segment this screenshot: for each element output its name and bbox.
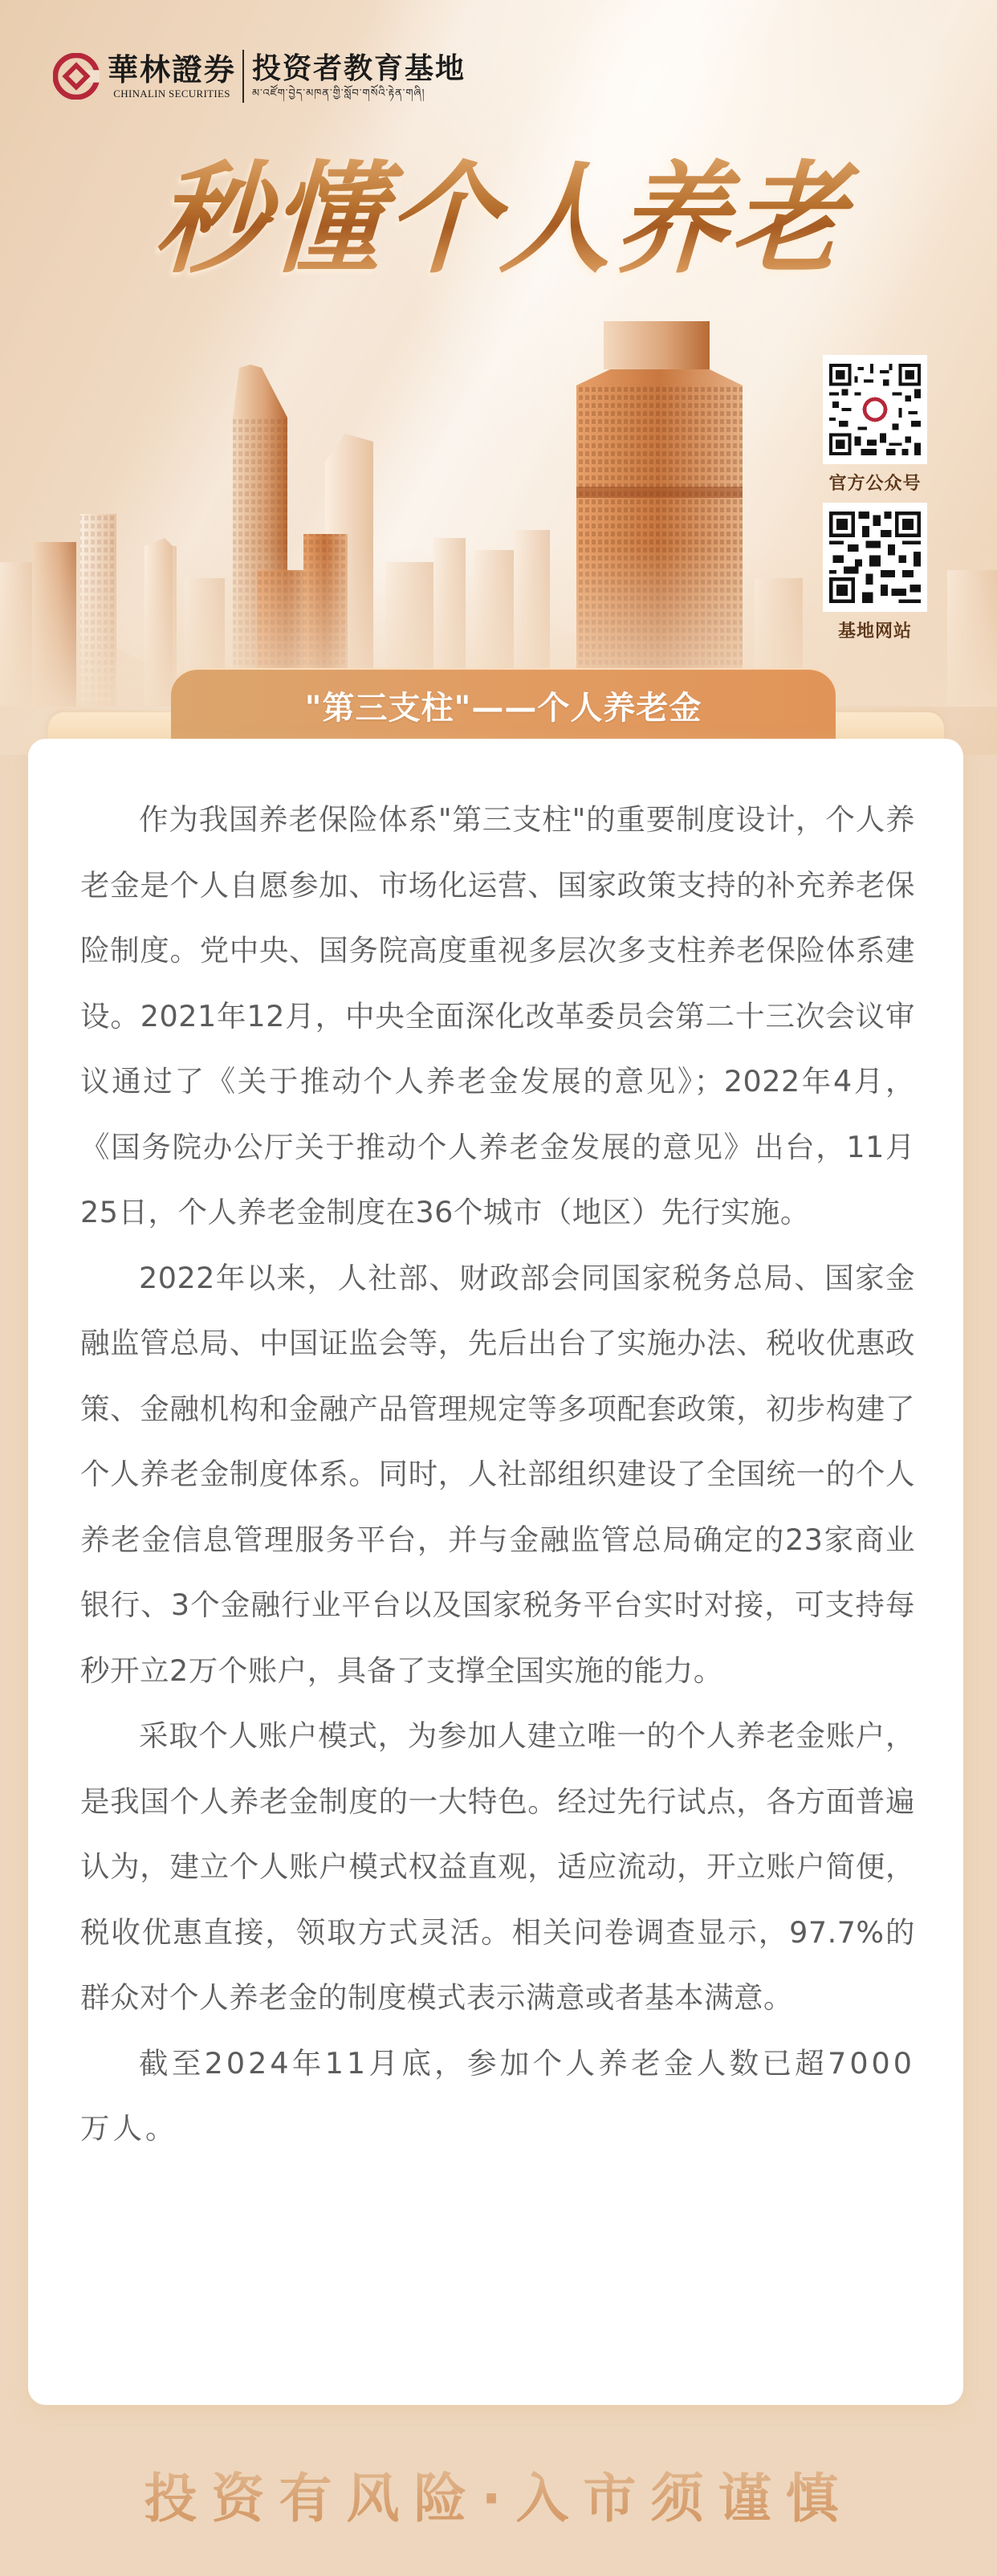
qr-code-column: 官方公众号 基地网站 (823, 355, 927, 650)
section-header: "第三支柱"——个人养老金 (171, 668, 836, 740)
risk-warning-slogan: 投资有风险·入市须谨慎 (0, 2461, 997, 2525)
content-card: 作为我国养老保险体系"第三支柱"的重要制度设计，个人养老金是个人自愿参加、市场化… (28, 739, 963, 2405)
logo-divider (242, 50, 244, 103)
qr-label-website: 基地网站 (823, 620, 927, 644)
section-title: "第三支柱"——个人养老金 (305, 683, 702, 728)
paragraph-account-model: 采取个人账户模式，为参加人建立唯一的个人养老金账户，是我国个人养老金制度的一大特… (80, 1703, 915, 2031)
brand-name-cn: 華林證券 (108, 52, 236, 88)
qr-code-icon (829, 511, 921, 604)
education-base-cn: 投资者教育基地 (252, 51, 466, 87)
education-base-title: 投资者教育基地 མ་འཛོག་བྱེད་མཁན་གྱི་སློབ་གསོའི་ར… (252, 51, 466, 101)
qr-code-official-account[interactable] (823, 355, 927, 464)
main-title: 秒懂个人养老 (110, 156, 893, 284)
qr-code-icon (829, 363, 921, 456)
brand-name: 華林證券 CHINALIN SECURITIES (108, 52, 236, 100)
paragraph-intro: 作为我国养老保险体系"第三支柱"的重要制度设计，个人养老金是个人自愿参加、市场化… (80, 787, 915, 1245)
education-base-tibetan: མ་འཛོག་བྱེད་མཁན་གྱི་སློབ་གསོའི་རྟེན་གཞི། (252, 87, 466, 101)
paragraph-participants: 截至2024年11月底，参加个人养老金人数已超7000万人。 (80, 2031, 915, 2162)
brand-name-en: CHINALIN SECURITIES (113, 88, 230, 100)
paragraph-policy-system: 2022年以来，人社部、财政部会同国家税务总局、国家金融监管总局、中国证监会等，… (80, 1245, 915, 1704)
chinalin-logo-icon (53, 53, 100, 100)
qr-code-website[interactable] (823, 503, 927, 612)
qr-label-official-account: 官方公众号 (823, 472, 927, 496)
brand-header: 華林證券 CHINALIN SECURITIES 投资者教育基地 མ་འཛོག་… (53, 44, 466, 108)
